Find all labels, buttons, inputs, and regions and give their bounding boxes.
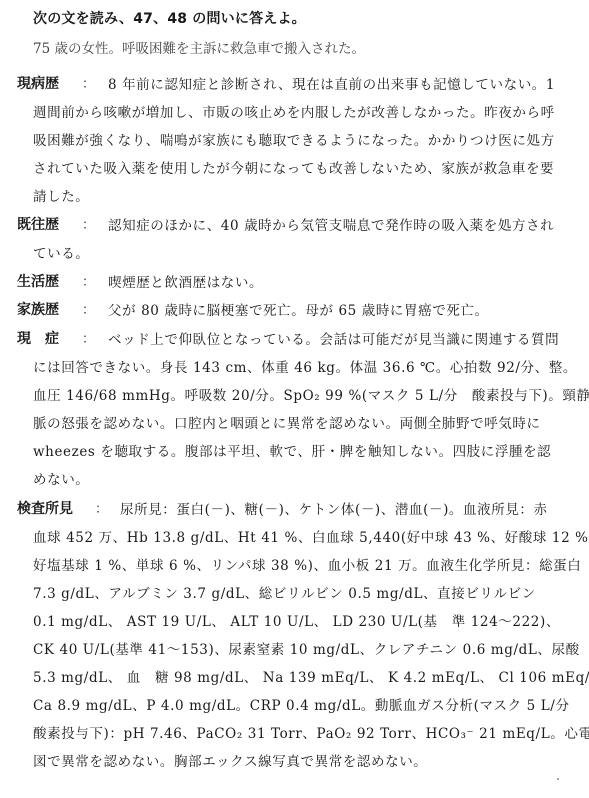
findings-colon: ：	[95, 498, 108, 517]
present-status-label: 現 症	[17, 328, 59, 348]
question-instruction: 次の文を読み、47、48 の問いに答えよ。	[33, 8, 306, 28]
present-status-line: 脈の怒張を認めない。口腔内と咽頭とに異常を認めない。両側全肺野で呼気時に	[33, 412, 541, 432]
present-illness-colon: ：	[82, 73, 95, 92]
patient-intro: 75 歳の女性。呼吸困難を主訴に救急車で搬入された。	[33, 37, 365, 57]
past-history-colon: ：	[82, 214, 95, 233]
lifestyle-colon: ：	[82, 271, 95, 290]
findings-line: 7.3 g/dL、アルブミン 3.7 g/dL、総ビリルビン 0.5 mg/dL…	[33, 582, 536, 602]
findings-line: 好塩基球 1 %、単球 6 %、リンパ球 38 %)、血小板 21 万。血液生化…	[33, 554, 581, 574]
findings-line: CK 40 U/L(基準 41～153)、尿素窒素 10 mg/dL、クレアチニ…	[33, 638, 580, 658]
past-history-line: 認知症のほかに、40 歳時から気管支喘息で発作時の吸入薬を処方され	[108, 214, 554, 234]
present-illness-line: 週間前から咳嗽が増加し、市販の咳止めを内服したが改善しなかった。昨夜から呼	[33, 101, 555, 121]
present-illness-line: されていた吸入薬を使用したが今朝になっても改善しないため、家族が救急車を要	[33, 157, 554, 177]
family-history-colon: ：	[82, 299, 95, 318]
family-history-line: 父が 80 歳時に脳梗塞で死亡。母が 65 歳時に胃癌で死亡。	[108, 299, 489, 319]
findings-line: 5.3 mg/dL、 血 糖 98 mg/dL、 Na 139 mEq/L、 K…	[33, 666, 589, 686]
present-status-line: めない。	[33, 468, 89, 488]
findings-line: 尿所見：蛋白(－)、糖(－)、ケトン体(－)、潜血(－)。血液所見：赤	[120, 498, 548, 518]
present-status-line: には回答できない。身長 143 cm、体重 46 kg。体温 36.6 ℃。心拍…	[33, 356, 577, 376]
present-illness-line: 8 年前に認知症と診断され、現在は直前の出来事も記憶していない。1	[108, 73, 555, 93]
present-status-line: 血圧 146/68 mmHg。呼吸数 20/分。SpO₂ 99 %(マスク 5 …	[33, 384, 589, 404]
present-status-line: wheezes を聴取する。腹部は平坦、軟で、肝・脾を触知しない。四肢に浮腫を認	[33, 440, 551, 460]
past-history-line: ている。	[33, 242, 89, 262]
present-status-line: ベッド上で仰臥位となっている。会話は可能だが見当識に関連する質問	[108, 328, 559, 348]
stray-mark	[557, 778, 559, 780]
findings-line: Ca 8.9 mg/dL、P 4.0 mg/dL。CRP 0.4 mg/dL。動…	[33, 694, 570, 714]
findings-label: 検査所見	[17, 498, 73, 518]
present-illness-line: 吸困難が強くなり、喘鳴が家族にも聴取できるようになった。かかりつけ医に処方	[33, 129, 555, 149]
lifestyle-label: 生活歴	[17, 271, 59, 291]
findings-line: 図で異常を認めない。胸部エックス線写真で異常を認めない。	[33, 750, 427, 770]
findings-line: 0.1 mg/dL、 AST 19 U/L、 ALT 10 U/L、 LD 23…	[33, 610, 560, 630]
present-illness-line: 請した。	[33, 185, 89, 205]
findings-line: 酸素投与下)：pH 7.46、PaCO₂ 31 Torr、PaO₂ 92 Tor…	[33, 722, 589, 742]
findings-line: 血球 452 万、Hb 13.8 g/dL、Ht 41 %、白血球 5,440(…	[33, 526, 589, 546]
family-history-label: 家族歴	[17, 299, 59, 319]
present-illness-label: 現病歴	[17, 73, 59, 93]
past-history-label: 既往歴	[17, 214, 59, 234]
lifestyle-line: 喫煙歴と飲酒歴はない。	[108, 271, 263, 291]
present-status-colon: ：	[82, 328, 95, 347]
